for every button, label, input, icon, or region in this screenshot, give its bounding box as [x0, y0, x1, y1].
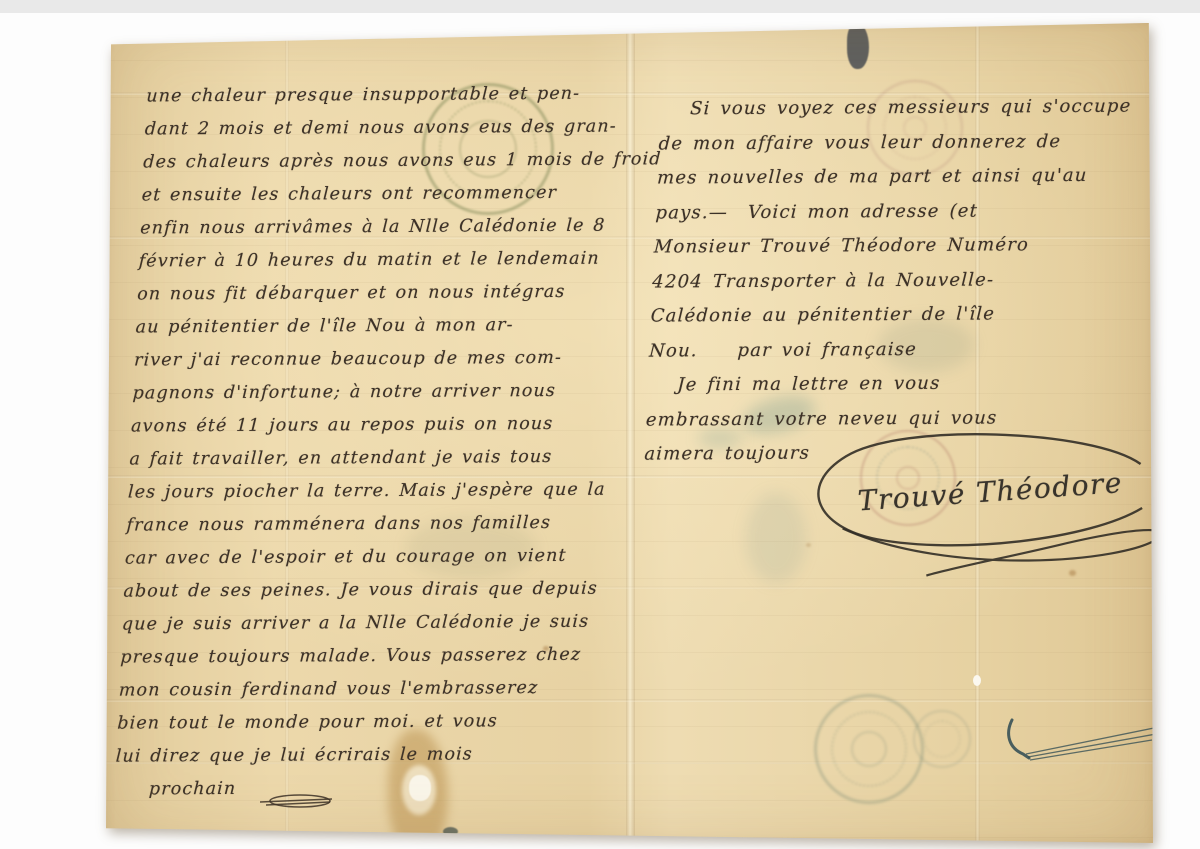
handwritten-line: a fait travailler, en attendant je vais … — [128, 446, 635, 482]
dark-edge-mark — [847, 23, 869, 69]
handwritten-line: mes nouvelles de ma part et ainsi qu'au — [656, 164, 1163, 202]
handwritten-line: que je suis arriver a la Nlle Calédonie … — [121, 612, 628, 648]
handwritten-line: pagnons d'infortune; à notre arriver nou… — [132, 380, 639, 416]
crossed-out-word-scribble — [256, 791, 334, 811]
handwritten-line: lui direz que je lui écrirais le mois — [115, 744, 622, 780]
handwritten-line: dant 2 mois et demi nous avons eus des g… — [144, 116, 651, 152]
left-page-text: une chaleur presque insupportable et pen… — [113, 83, 652, 812]
handwritten-line: france nous ramménera dans nos familles — [125, 512, 632, 548]
handwritten-line: Je fini ma lettre en vous — [646, 371, 1153, 409]
letter-scan: une chaleur presque insupportable et pen… — [0, 0, 1200, 849]
handwritten-line: car avec de l'espoir et du courage on vi… — [124, 545, 631, 581]
handwritten-line: avons été 11 jours au repos puis on nous — [130, 413, 637, 449]
handwritten-line: les jours piocher la terre. Mais j'espèr… — [127, 479, 634, 515]
ink-checkmark-flourish — [1002, 716, 1187, 778]
handwritten-line: une chaleur presque insupportable et pen… — [145, 83, 652, 119]
handwritten-line: enfin nous arrivâmes à la Nlle Calédonie… — [139, 215, 646, 251]
handwritten-line: prochain — [113, 777, 620, 813]
handwritten-line: au pénitentier de l'île Nou à mon ar- — [135, 314, 642, 350]
handwritten-line: Calédonie au pénitentier de l'île — [650, 302, 1157, 340]
handwritten-line: de mon affaire vous leur donnerez de — [658, 130, 1165, 168]
dark-bottom-speck — [443, 827, 458, 836]
handwritten-line: 4204 Transporter à la Nouvelle- — [651, 268, 1158, 306]
handwritten-line: Nou. par voi française — [648, 337, 1155, 375]
handwritten-line: pays.— Voici mon adresse (et — [654, 199, 1161, 237]
letter-paper: une chaleur presque insupportable et pen… — [106, 23, 1153, 843]
handwritten-line: Monsieur Trouvé Théodore Numéro — [653, 233, 1160, 271]
paper-hole — [973, 675, 981, 686]
handwritten-line: on nous fit débarquer et on nous intégra… — [136, 281, 643, 317]
handwritten-line: février à 10 heures du matin et le lende… — [138, 248, 645, 284]
handwritten-line: mon cousin ferdinand vous l'embrasserez — [118, 678, 625, 714]
handwritten-line: Si vous voyez ces messieurs qui s'occupe — [659, 95, 1166, 133]
handwritten-line: et ensuite les chaleurs ont recommencer — [141, 182, 648, 218]
handwritten-line: bien tout le monde pour moi. et vous — [116, 711, 623, 747]
handwritten-line: des chaleurs après nous avons eus 1 mois… — [142, 149, 649, 185]
signature-block: Trouvé Théodore — [803, 416, 1194, 597]
handwritten-line: river j'ai reconnue beaucoup de mes com- — [133, 347, 640, 383]
small-circular-postmark — [913, 710, 971, 768]
handwritten-line: presque toujours malade. Vous passerez c… — [119, 645, 626, 681]
paper-shadow-wrap: une chaleur presque insupportable et pen… — [0, 0, 1200, 849]
ink-bleed-smudge — [746, 493, 806, 583]
handwritten-line: about de ses peines. Je vous dirais que … — [122, 578, 629, 614]
teal-circular-postmark — [814, 694, 924, 804]
